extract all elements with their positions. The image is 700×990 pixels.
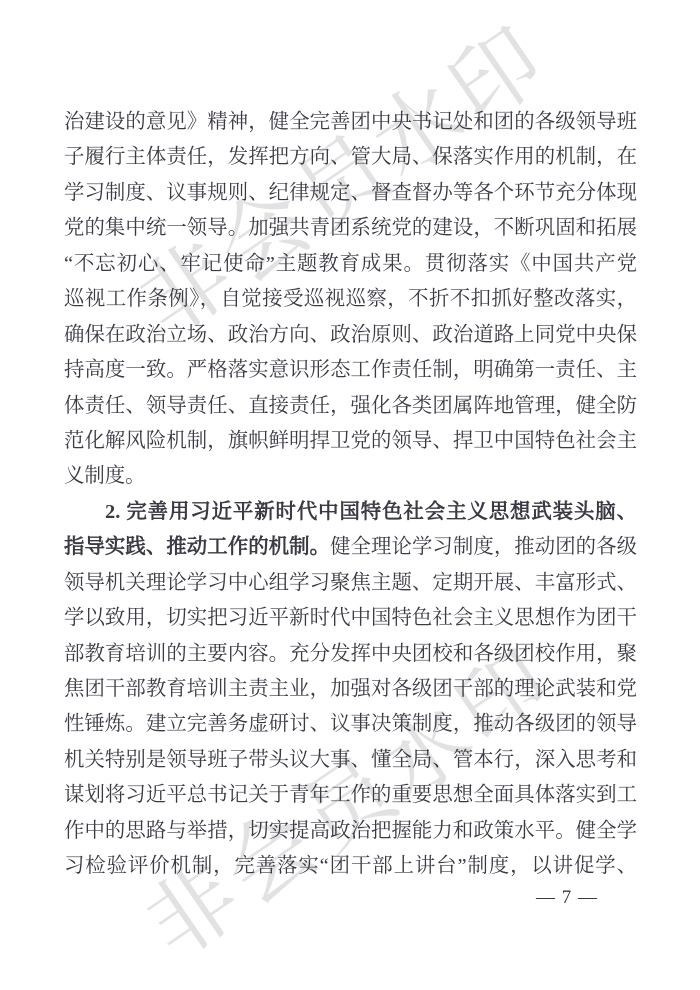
text-line: 学以致用，切实把习近平新时代中国特色社会主义思想作为团干 — [64, 601, 637, 636]
text-segment: 确保在政治立场、政治方向、政治原则、政治道路上同党中央保 — [64, 324, 637, 346]
text-segment: 学以致用，切实把习近平新时代中国特色社会主义思想作为团干 — [64, 607, 637, 629]
document-body: 治建设的意见》精神，健全完善团中央书记处和团的各级领导班子履行主体责任，发挥把方… — [64, 105, 637, 885]
text-line: 治建设的意见》精神，健全完善团中央书记处和团的各级领导班 — [64, 105, 637, 140]
text-segment: 体责任、领导责任、直接责任，强化各类团属阵地管理，健全防 — [64, 395, 637, 417]
text-line: 焦团干部教育培训主责主业，加强对各级团干部的理论武装和党 — [64, 672, 637, 707]
text-segment: 党的集中统一领导。加强共青团系统党的建设，不断巩固和拓展 — [64, 217, 637, 239]
text-line: 作中的思路与举措，切实提高政治把握能力和政策水平。健全学 — [64, 814, 637, 849]
text-segment: 子履行主体责任，发挥把方向、管大局、保落实作用的机制，在 — [64, 146, 637, 168]
text-segment: 巡视工作条例》，自觉接受巡视巡察，不折不扣抓好整改落实， — [64, 288, 637, 310]
text-segment: 习检验评价机制，完善落实“团干部上讲台”制度，以讲促学、 — [64, 855, 637, 877]
page-number: — 7 — — [536, 887, 598, 909]
text-line: 机关特别是领导班子带头议大事、懂全局、管本行，深入思考和 — [64, 743, 637, 778]
text-line: 部教育培训的主要内容。充分发挥中央团校和各级团校作用，聚 — [64, 637, 637, 672]
text-segment: 机关特别是领导班子带头议大事、懂全局、管本行，深入思考和 — [64, 749, 637, 771]
text-segment: 指导实践、推动工作的机制。 — [64, 536, 330, 558]
text-line: 性锤炼。建立完善务虚研讨、议事决策制度，推动各级团的领导 — [64, 707, 637, 742]
text-segment: 谋划将习近平总书记关于青年工作的重要思想全面具体落实到工 — [64, 784, 637, 806]
text-segment: 治建设的意见》精神，健全完善团中央书记处和团的各级领导班 — [64, 111, 637, 133]
text-segment: “不忘初心、牢记使命”主题教育成果。贯彻落实《中国共产党 — [64, 253, 637, 275]
text-segment: 领导机关理论学习中心组学习聚焦主题、定期开展、丰富形式、 — [64, 572, 637, 594]
text-segment: 义制度。 — [64, 465, 146, 487]
text-segment: 健全理论学习制度，推动团的各级 — [330, 536, 637, 558]
text-line: 2. 完善用习近平新时代中国特色社会主义思想武装头脑、 — [64, 495, 637, 530]
text-line: 范化解风险机制，旗帜鲜明捍卫党的领导、捍卫中国特色社会主 — [64, 424, 637, 459]
text-line: “不忘初心、牢记使命”主题教育成果。贯彻落实《中国共产党 — [64, 247, 637, 282]
text-segment: 部教育培训的主要内容。充分发挥中央团校和各级团校作用，聚 — [64, 643, 637, 665]
text-line: 领导机关理论学习中心组学习聚焦主题、定期开展、丰富形式、 — [64, 566, 637, 601]
text-segment: 2. 完善用习近平新时代中国特色社会主义思想武装头脑、 — [105, 501, 637, 523]
text-line: 巡视工作条例》，自觉接受巡视巡察，不折不扣抓好整改落实， — [64, 282, 637, 317]
text-segment: 持高度一致。严格落实意识形态工作责任制，明确第一责任、主 — [64, 359, 637, 381]
text-line: 子履行主体责任，发挥把方向、管大局、保落实作用的机制，在 — [64, 140, 637, 175]
text-line: 指导实践、推动工作的机制。健全理论学习制度，推动团的各级 — [64, 530, 637, 565]
text-segment: 性锤炼。建立完善务虚研讨、议事决策制度，推动各级团的领导 — [64, 713, 637, 735]
text-line: 谋划将习近平总书记关于青年工作的重要思想全面具体落实到工 — [64, 778, 637, 813]
text-segment: 焦团干部教育培训主责主业，加强对各级团干部的理论武装和党 — [64, 678, 637, 700]
text-segment: 范化解风险机制，旗帜鲜明捍卫党的领导、捍卫中国特色社会主 — [64, 430, 637, 452]
text-line: 确保在政治立场、政治方向、政治原则、政治道路上同党中央保 — [64, 318, 637, 353]
text-segment: 学习制度、议事规则、纪律规定、督查督办等各个环节充分体现 — [64, 182, 637, 204]
text-line: 党的集中统一领导。加强共青团系统党的建设，不断巩固和拓展 — [64, 211, 637, 246]
text-line: 习检验评价机制，完善落实“团干部上讲台”制度，以讲促学、 — [64, 849, 637, 884]
text-line: 义制度。 — [64, 459, 637, 494]
document-page: 非会员水印 非会员水印 治建设的意见》精神，健全完善团中央书记处和团的各级领导班… — [0, 0, 700, 990]
text-line: 持高度一致。严格落实意识形态工作责任制，明确第一责任、主 — [64, 353, 637, 388]
text-line: 学习制度、议事规则、纪律规定、督查督办等各个环节充分体现 — [64, 176, 637, 211]
text-line: 体责任、领导责任、直接责任，强化各类团属阵地管理，健全防 — [64, 389, 637, 424]
text-segment: 作中的思路与举措，切实提高政治把握能力和政策水平。健全学 — [64, 820, 637, 842]
